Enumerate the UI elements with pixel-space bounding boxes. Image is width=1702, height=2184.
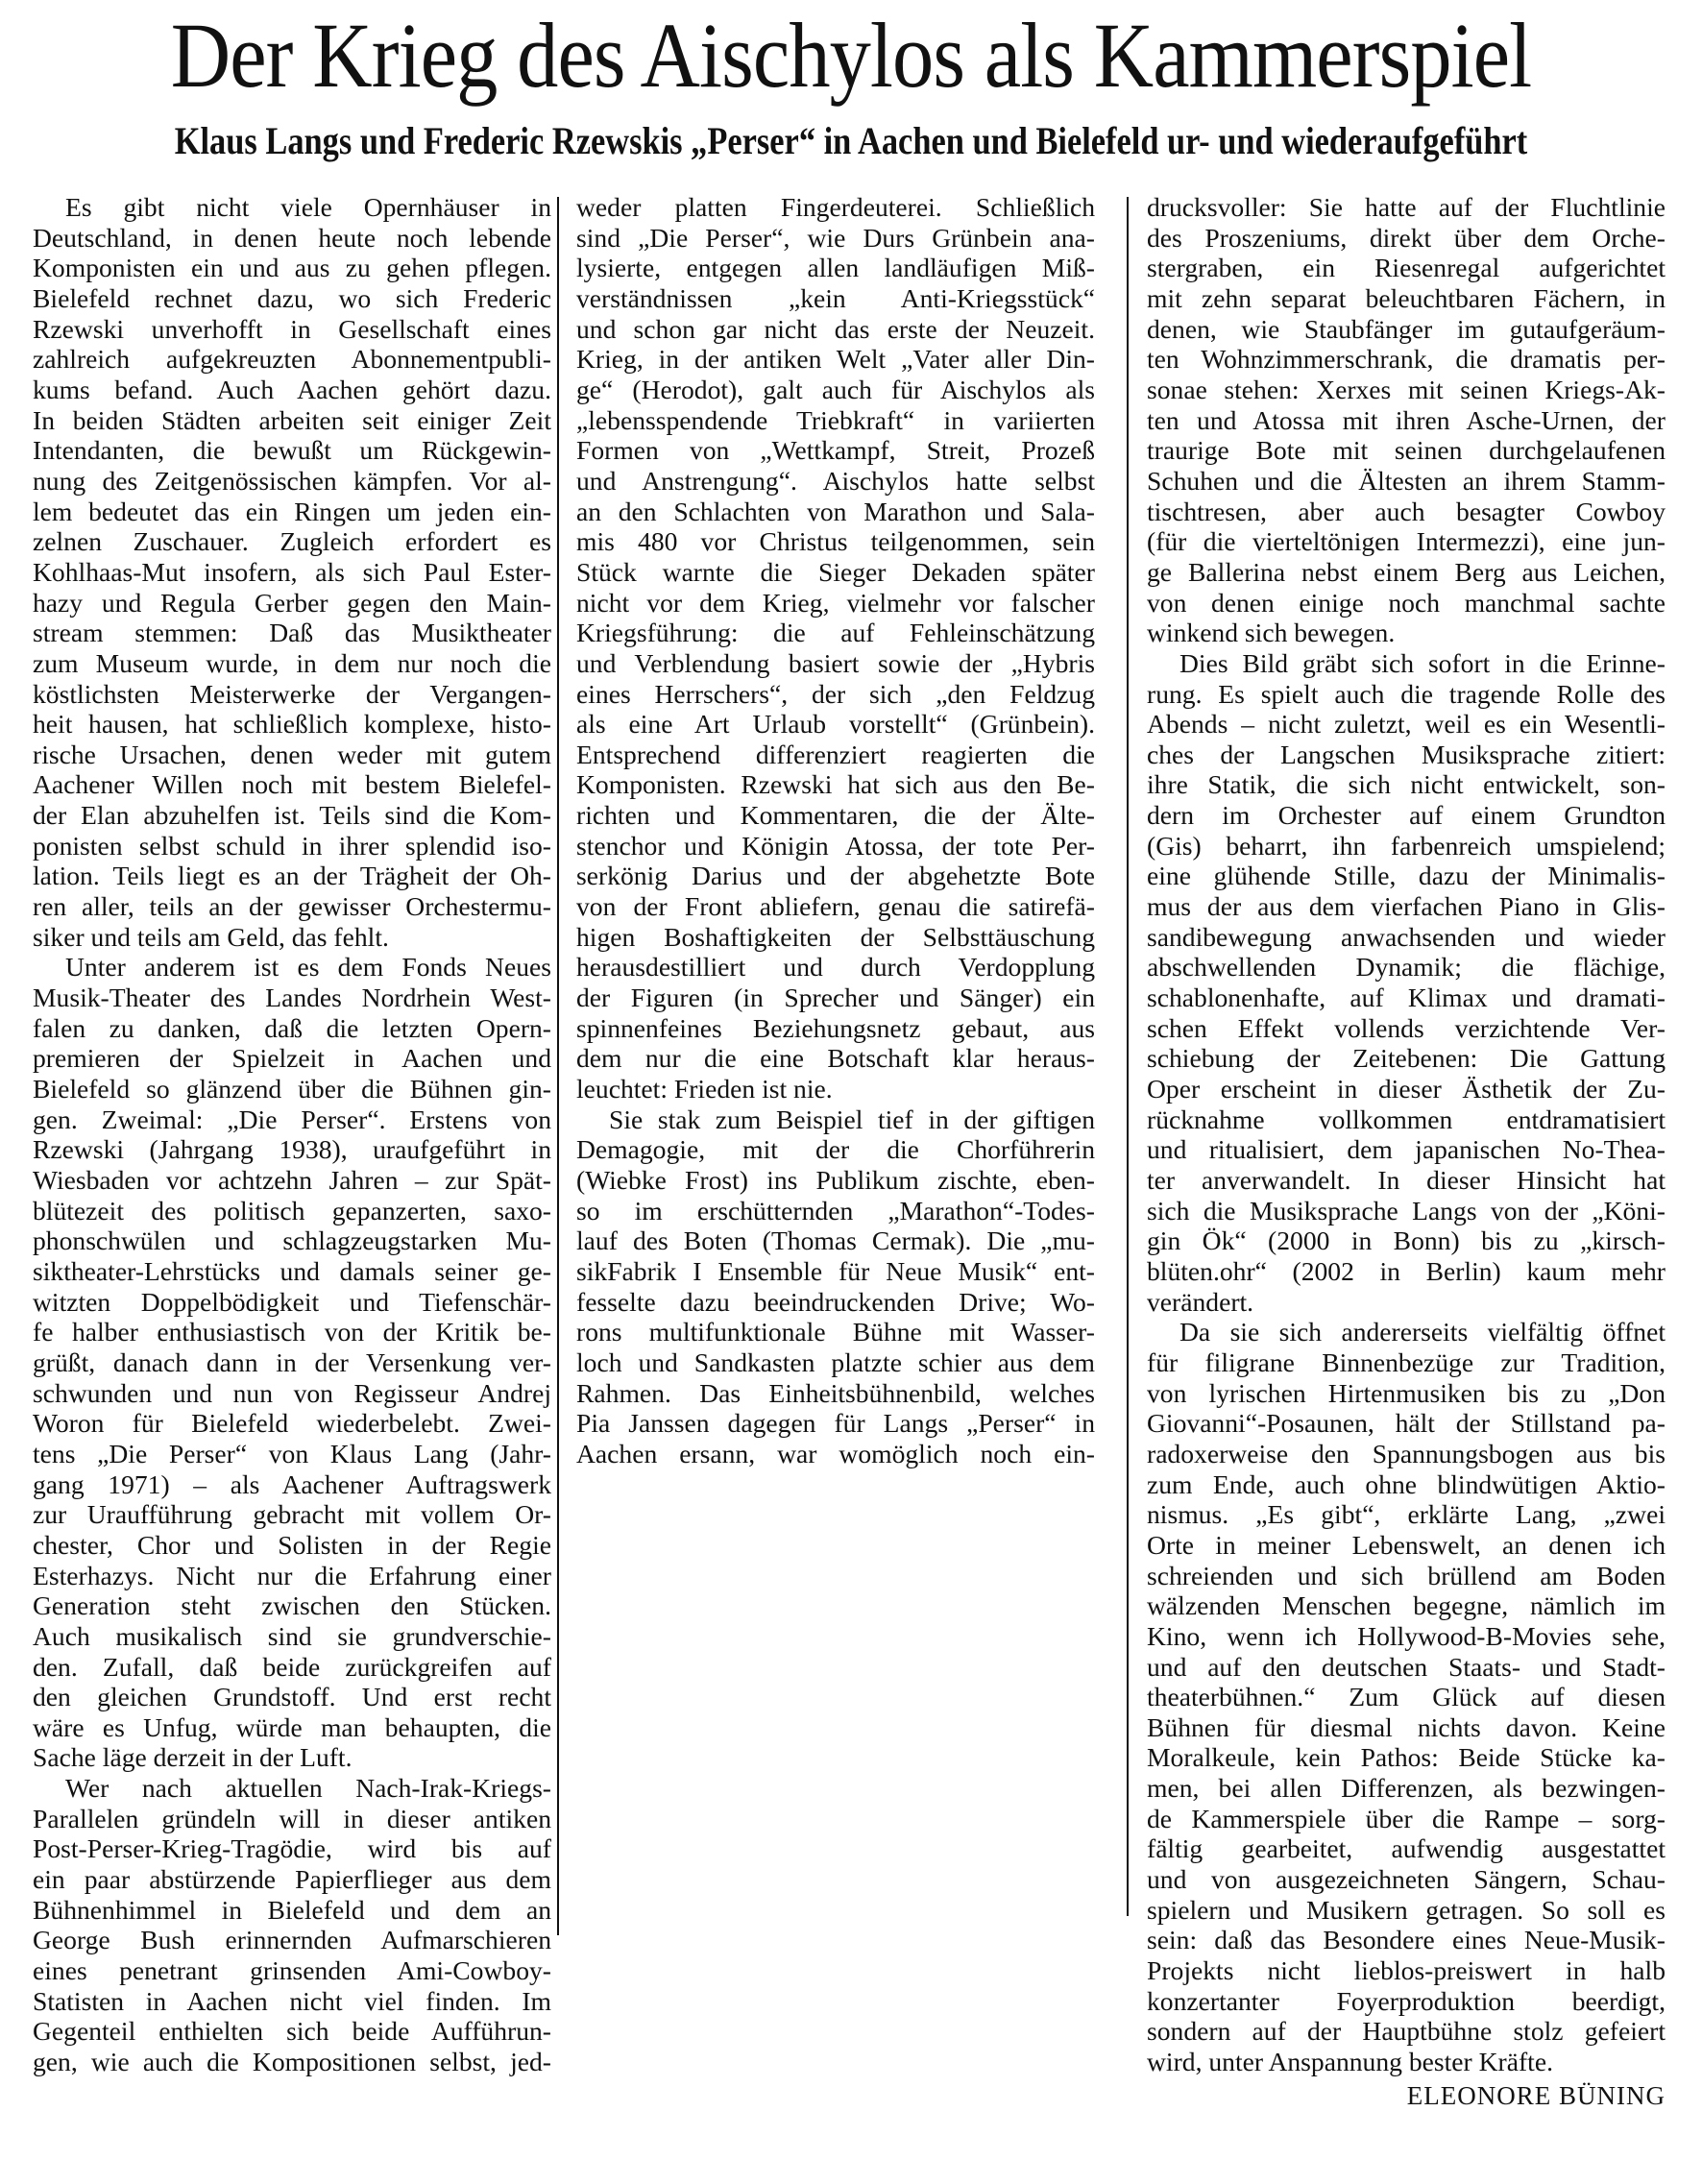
text-line: und Verblendung basiert sowie der „Hybri… [576,648,1095,679]
text-line: sein: daß das Besondere eines Neue-Musik… [1147,1925,1666,1955]
text-line: traurige Bote mit seinen durchgelaufenen [1147,435,1666,466]
text-line: lation. Teils liegt es an der Trägheit d… [33,861,551,891]
article-column-2: weder platten Fingerdeuterei. Schließlic… [576,192,1095,1469]
text-line: lysierte, entgegen allen landläufigen Mi… [576,253,1095,283]
text-line: Dies Bild gräbt sich sofort in die Erinn… [1147,648,1666,679]
text-line: schreienden und sich brüllend am Boden [1147,1561,1666,1591]
text-line: dern im Orchester auf einem Grundton [1147,800,1666,831]
text-line: zelnen Zuschauer. Zugleich erfordert es [33,526,551,557]
text-line: und auf den deutschen Staats- und Stadt- [1147,1652,1666,1683]
text-line: zur Uraufführung gebracht mit vollem Or- [33,1499,551,1530]
text-line: witzten Doppelbödigkeit und Tiefenschär- [33,1287,551,1318]
text-line: (für die vierteltönigen Intermezzi), ein… [1147,526,1666,557]
text-line: Projekts nicht lieblos-preiswert in halb [1147,1955,1666,1986]
text-line: ten Wohnzimmerschrank, die dramatis per- [1147,344,1666,375]
text-line: Intendanten, die bewußt um Rückgewin- [33,435,551,466]
text-line: „lebensspendende Triebkraft“ in variiert… [576,405,1095,436]
text-line: an den Schlachten von Marathon und Sala- [576,497,1095,527]
text-line: sondern auf der Hauptbühne stolz gefeier… [1147,2016,1666,2047]
article-paragraph: drucksvoller: Sie hatte auf der Fluchtli… [1147,192,1666,648]
text-line: George Bush erinnernden Aufmarschieren [33,1925,551,1955]
text-line: (Gis) beharrt, ihn farbenreich umspielen… [1147,831,1666,861]
text-line: Stück warnte die Sieger Dekaden später [576,557,1095,588]
text-line: fe halber enthusiastisch von der Kritik … [33,1317,551,1347]
article-paragraph: weder platten Fingerdeuterei. Schließlic… [576,192,1095,1104]
text-line: Rzewski (Jahrgang 1938), uraufgeführt in [33,1134,551,1165]
text-line: rische Ursachen, denen weder mit gutem [33,740,551,770]
text-line: von der Front abliefern, genau die satir… [576,891,1095,922]
text-line: Esterhazys. Nicht nur die Erfahrung eine… [33,1561,551,1591]
text-line: siker und teils am Geld, das fehlt. [33,922,551,953]
text-line: Rzewski unverhofft in Gesellschaft eines [33,314,551,345]
article-paragraph: Es gibt nicht viele Opernhäuser inDeutsc… [33,192,551,952]
article-paragraph: Sie stak zum Beispiel tief in der giftig… [576,1104,1095,1469]
text-line: Wer nach aktuellen Nach-Irak-Kriegs- [33,1773,551,1804]
text-line: Woron für Bielefeld wiederbelebt. Zwei- [33,1408,551,1439]
text-line: falen zu danken, daß die letzten Opern- [33,1013,551,1044]
text-line: wälzenden Menschen begegne, nämlich im [1147,1590,1666,1621]
text-line: grüßt, danach dann in der Versenkung ver… [33,1347,551,1378]
text-line: radoxerweise den Spannungsbogen aus bis [1147,1439,1666,1469]
text-line: der Figuren (in Sprecher und Sänger) ein [576,983,1095,1013]
text-line: Giovanni“-Posaunen, hält der Stillstand … [1147,1408,1666,1439]
text-line: den. Zufall, daß beide zurückgreifen auf [33,1652,551,1683]
text-line: Generation steht zwischen den Stücken. [33,1590,551,1621]
text-line: fältig gearbeitet, aufwendig ausgestatte… [1147,1833,1666,1864]
text-line: konzertanter Foyerproduktion beerdigt, [1147,1986,1666,2017]
text-line: blüten.ohr“ (2002 in Berlin) kaum mehr [1147,1256,1666,1287]
text-line: der Elan abzuhelfen ist. Teils sind die … [33,800,551,831]
text-line: sandibewegung anwachsenden und wieder [1147,922,1666,953]
text-line: und ritualisiert, dem japanischen No-The… [1147,1134,1666,1165]
text-line: stream stemmen: Daß das Musiktheater [33,618,551,648]
text-line: wäre es Unfug, würde man behaupten, die [33,1712,551,1743]
text-line: abschwellenden Dynamik; die flächige, [1147,952,1666,983]
text-line: Bielefeld so glänzend über die Bühnen gi… [33,1074,551,1104]
text-line: schwunden und nun von Regisseur Andrej [33,1378,551,1409]
text-line: eines penetrant grinsenden Ami-Cowboy- [33,1955,551,1986]
text-line: Bühnenhimmel in Bielefeld und dem an [33,1895,551,1926]
text-line: Deutschland, in denen heute noch lebende [33,223,551,254]
text-line: Pia Janssen dagegen für Langs „Perser“ i… [576,1408,1095,1439]
text-line: sikFabrik I Ensemble für Neue Musik“ ent… [576,1256,1095,1287]
text-line: und schon gar nicht das erste der Neuzei… [576,314,1095,345]
text-line: Musik-Theater des Landes Nordrhein West- [33,983,551,1013]
text-line: des Proszeniums, direkt über dem Orche- [1147,223,1666,254]
text-line: (Wiebke Frost) ins Publikum zischte, ebe… [576,1165,1095,1196]
text-line: rung. Es spielt auch die tragende Rolle … [1147,679,1666,710]
text-line: Entsprechend differenziert reagierten di… [576,740,1095,770]
text-line: Demagogie, mit der die Chorführerin [576,1134,1095,1165]
text-line: loch und Sandkasten platzte schier aus d… [576,1347,1095,1378]
text-line: Gegenteil enthielten sich beide Aufführu… [33,2016,551,2047]
text-line: Statisten in Aachen nicht viel finden. I… [33,1986,551,2017]
text-line: herausdestilliert und durch Verdopplung [576,952,1095,983]
text-line: tens „Die Perser“ von Klaus Lang (Jahr- [33,1439,551,1469]
text-line: zum Ende, auch ohne blindwütigen Aktio- [1147,1469,1666,1500]
text-line: Krieg, in der antiken Welt „Vater aller … [576,344,1095,375]
text-line: eines Herrschers“, der sich „den Feldzug [576,679,1095,710]
text-line: higen Boshaftigkeiten der Selbsttäuschun… [576,922,1095,953]
text-line: Post-Perser-Krieg-Tragödie, wird bis auf [33,1833,551,1864]
text-line: schiebung der Zeitebenen: Die Gattung [1147,1043,1666,1074]
text-line: heit hausen, hat schließlich komplexe, h… [33,709,551,740]
text-line: rons multifunktionale Bühne mit Wasser- [576,1317,1095,1347]
text-line: zahlreich aufgekreuzten Abonnementpubli- [33,344,551,375]
text-line: ren aller, teils an der gewisser Orchest… [33,891,551,922]
text-line: rücknahme vollkommen entdramatisiert [1147,1104,1666,1135]
text-line: Es gibt nicht viele Opernhäuser in [33,192,551,223]
text-line: hazy und Regula Gerber gegen den Main- [33,588,551,619]
text-line: schablonenhafte, auf Klimax und dramati- [1147,983,1666,1013]
column-divider [557,197,559,1935]
text-line: wird, unter Anspannung bester Kräfte. [1147,2047,1666,2077]
text-line: siktheater-Lehrstücks und damals seiner … [33,1256,551,1287]
text-line: lem bedeutet das ein Ringen um jeden ein… [33,497,551,527]
text-line: ponisten selbst schuld in ihrer splendid… [33,831,551,861]
headline: Der Krieg des Aischylos als Kammerspiel [85,6,1617,106]
text-line: spielern und Musikern getragen. So soll … [1147,1895,1666,1926]
text-line: Komponisten. Rzewski hat sich aus den Be… [576,769,1095,800]
article-paragraph: Dies Bild gräbt sich sofort in die Erinn… [1147,648,1666,1317]
text-line: stergraben, ein Riesenregal aufgerichtet [1147,253,1666,283]
subheadline: Klaus Langs und Frederic Rzewskis „Perse… [119,119,1583,163]
text-line: theaterbühnen.“ Zum Glück auf diesen [1147,1682,1666,1712]
text-line: ge“ (Herodot), galt auch für Aischylos a… [576,375,1095,405]
text-line: den gleichen Grundstoff. Und erst recht [33,1682,551,1712]
text-line: ches der Langschen Musiksprache zitiert: [1147,740,1666,770]
text-line: Kino, wenn ich Hollywood-B-Movies sehe, [1147,1621,1666,1652]
text-line: ihre Statik, die sich nicht entwickelt, … [1147,769,1666,800]
text-line: leuchtet: Frieden ist nie. [576,1074,1095,1104]
text-line: lauf des Boten (Thomas Cermak). Die „mu- [576,1225,1095,1256]
text-line: Parallelen gründeln will in dieser antik… [33,1804,551,1834]
text-line: premieren der Spielzeit in Aachen und [33,1043,551,1074]
article-paragraph: Da sie sich andererseits vielfältig öffn… [1147,1317,1666,2076]
article-paragraph: Unter anderem ist es dem Fonds NeuesMusi… [33,952,551,1773]
text-line: schen Effekt vollends verzichtende Ver- [1147,1013,1666,1044]
text-line: von lyrischen Hirtenmusiken bis zu „Don [1147,1378,1666,1409]
text-line: eine glühende Stille, dazu der Minimalis… [1147,861,1666,891]
text-line: Moralkeule, kein Pathos: Beide Stücke ka… [1147,1742,1666,1773]
text-line: winkend sich bewegen. [1147,618,1666,648]
text-line: fesselte dazu beeindruckenden Drive; Wo- [576,1287,1095,1318]
text-line: richten und Kommentaren, die der Älte- [576,800,1095,831]
article-column-3: drucksvoller: Sie hatte auf der Fluchtli… [1147,192,1666,2111]
text-line: de Kammerspiele über die Rampe – sorg- [1147,1804,1666,1834]
text-line: Abends – nicht zuletzt, weil es ein Wese… [1147,709,1666,740]
text-line: Schuhen und die Ältesten an ihrem Stamm- [1147,466,1666,497]
text-line: ein paar abstürzende Papierflieger aus d… [33,1864,551,1895]
text-line: Orte in meiner Lebenswelt, an denen ich [1147,1530,1666,1561]
text-line: Da sie sich andererseits vielfältig öffn… [1147,1317,1666,1347]
text-line: Unter anderem ist es dem Fonds Neues [33,952,551,983]
text-line: gen, wie auch die Kompositionen selbst, … [33,2047,551,2077]
text-line: serkönig Darius und der abgehetzte Bote [576,861,1095,891]
text-line: weder platten Fingerdeuterei. Schließlic… [576,192,1095,223]
text-line: als eine Art Urlaub vorstellt“ (Grünbein… [576,709,1095,740]
text-line: men, bei allen Differenzen, als bezwinge… [1147,1773,1666,1804]
text-line: Komponisten ein und aus zu gehen pflegen… [33,253,551,283]
text-line: ten und Atossa mit ihren Asche-Urnen, de… [1147,405,1666,436]
text-line: chester, Chor und Solisten in der Regie [33,1530,551,1561]
text-line: Kriegsführung: die auf Fehleinschätzung [576,618,1095,648]
text-line: sonae stehen: Xerxes mit seinen Kriegs-A… [1147,375,1666,405]
text-line: ge Ballerina nebst einem Berg aus Leiche… [1147,557,1666,588]
text-line: Sie stak zum Beispiel tief in der giftig… [576,1104,1095,1135]
text-line: Formen von „Wettkampf, Streit, Prozeß [576,435,1095,466]
text-line: sich die Musiksprache Langs von der „Kön… [1147,1196,1666,1226]
text-line: Bühnen für diesmal nichts davon. Keine [1147,1712,1666,1743]
text-line: tischtresen, aber auch besagter Cowboy [1147,497,1666,527]
text-line: denen, wie Staubfänger im gutaufgeräum- [1147,314,1666,345]
text-line: spinnenfeines Beziehungsnetz gebaut, aus [576,1013,1095,1044]
text-line: mis 480 vor Christus teilgenommen, sein [576,526,1095,557]
author-byline: ELEONORE BÜNING [1147,2081,1666,2112]
text-line: nung des Zeitgenössischen kämpfen. Vor a… [33,466,551,497]
text-line: gang 1971) – als Aachener Auftragswerk [33,1469,551,1500]
text-line: Rahmen. Das Einheitsbühnenbild, welches [576,1378,1095,1409]
text-line: so im erschütternden „Marathon“-Todes- [576,1196,1095,1226]
text-line: von denen einige noch manchmal sachte [1147,588,1666,619]
text-line: In beiden Städten arbeiten seit einiger … [33,405,551,436]
text-line: Kohlhaas-Mut insofern, als sich Paul Est… [33,557,551,588]
text-line: köstlichsten Meisterwerke der Vergangen- [33,679,551,710]
text-line: kums befand. Auch Aachen gehört dazu. [33,375,551,405]
text-line: nismus. „Es gibt“, erklärte Lang, „zwei [1147,1499,1666,1530]
text-line: mit zehn separat beleuchtbaren Fächern, … [1147,283,1666,314]
text-line: blütezeit des politisch gepanzerten, sax… [33,1196,551,1226]
article-column-1: Es gibt nicht viele Opernhäuser inDeutsc… [33,192,551,2077]
text-line: Auch musikalisch sind sie grundverschie- [33,1621,551,1652]
text-line: Sache läge derzeit in der Luft. [33,1742,551,1773]
article-paragraph: Wer nach aktuellen Nach-Irak-Kriegs-Para… [33,1773,551,2077]
text-line: drucksvoller: Sie hatte auf der Fluchtli… [1147,192,1666,223]
text-line: nicht vor dem Krieg, vielmehr vor falsch… [576,588,1095,619]
text-line: verständnissen „kein Anti-Kriegsstück“ [576,283,1095,314]
column-divider [1127,197,1129,1916]
text-line: und von ausgezeichneten Sängern, Schau- [1147,1864,1666,1895]
text-line: phonschwülen und schlagzeugstarken Mu- [33,1225,551,1256]
text-line: Bielefeld rechnet dazu, wo sich Frederic [33,283,551,314]
text-line: mus der aus dem vierfachen Piano in Glis… [1147,891,1666,922]
text-line: verändert. [1147,1287,1666,1318]
text-line: ter anverwandelt. In dieser Hinsicht hat [1147,1165,1666,1196]
text-line: dem nur die eine Botschaft klar heraus- [576,1043,1095,1074]
text-line: sind „Die Perser“, wie Durs Grünbein ana… [576,223,1095,254]
text-line: Oper erscheint in dieser Ästhetik der Zu… [1147,1074,1666,1104]
text-line: zum Museum wurde, in dem nur noch die [33,648,551,679]
text-line: für filigrane Binnenbezüge zur Tradition… [1147,1347,1666,1378]
text-line: Aachener Willen noch mit bestem Bielefel… [33,769,551,800]
text-line: Aachen ersann, war womöglich noch ein- [576,1439,1095,1469]
text-line: stenchor und Königin Atossa, der tote Pe… [576,831,1095,861]
text-line: Wiesbaden vor achtzehn Jahren – zur Spät… [33,1165,551,1196]
text-line: und Anstrengung“. Aischylos hatte selbst [576,466,1095,497]
text-line: gin Ök“ (2000 in Bonn) bis zu „kirsch- [1147,1225,1666,1256]
text-line: gen. Zweimal: „Die Perser“. Erstens von [33,1104,551,1135]
